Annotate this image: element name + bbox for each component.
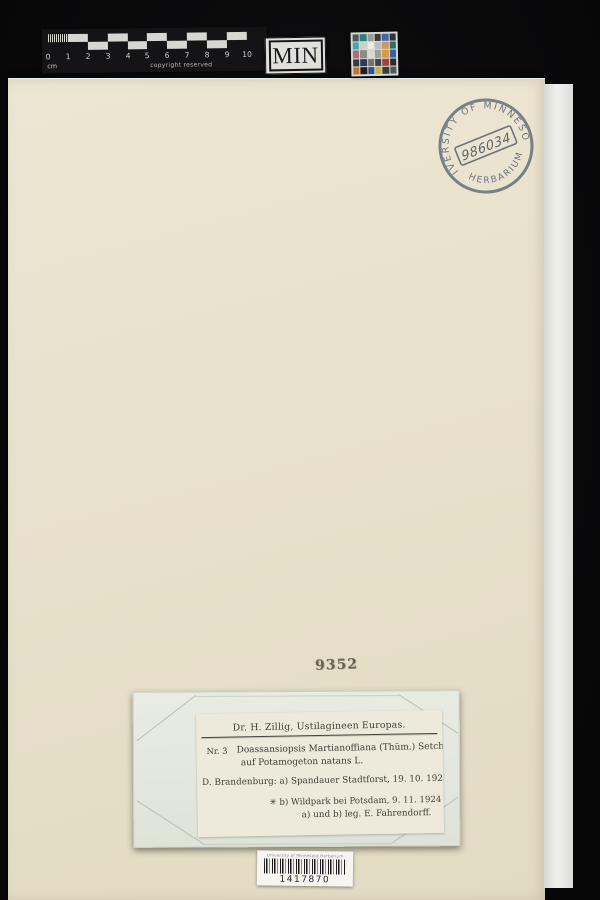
barcode-label: University of Minnesota Herbarium 141787… — [257, 850, 353, 886]
color-patch — [367, 42, 373, 49]
color-patch — [389, 34, 395, 41]
color-patch — [361, 67, 367, 74]
sheet-number-stamp: 9352 — [315, 656, 359, 673]
label-host-plant: auf Potamogeton natans L. — [241, 755, 443, 769]
color-patch — [375, 58, 381, 65]
color-patch — [389, 42, 395, 49]
label-number: Nr. 3 — [207, 745, 237, 756]
scale-number: 8 — [201, 50, 213, 59]
color-patch — [360, 34, 366, 41]
color-patch — [390, 58, 396, 65]
color-patch — [382, 42, 388, 49]
scale-number: 6 — [161, 51, 173, 60]
copyright-text: copyright reserved — [150, 61, 212, 69]
ruler-scale-bar: 0 1 2 3 4 5 6 7 8 9 10 cm copyright rese… — [42, 27, 268, 74]
color-patch — [375, 42, 381, 49]
color-patch — [367, 34, 373, 41]
color-patch — [390, 50, 396, 57]
barcode-number: 1417870 — [257, 874, 353, 885]
label-locality-b: ✳ b) Wildpark bei Potsdam, 9. 11. 1924 — [269, 795, 443, 808]
color-patch — [353, 59, 359, 66]
scale-blocks — [48, 32, 247, 50]
scale-number: 1 — [62, 52, 74, 61]
color-patch — [390, 66, 396, 73]
color-patch — [368, 59, 374, 66]
scale-number: 9 — [221, 50, 233, 59]
scale-number: 0 — [42, 52, 54, 61]
color-patch — [383, 66, 389, 73]
color-patch — [368, 50, 374, 57]
color-patch — [360, 42, 366, 49]
label-species-name: Doassansiopsis Martianoffiana (Thüm.) Se… — [236, 742, 444, 756]
label-divider — [201, 733, 437, 738]
scale-number: 2 — [82, 52, 94, 61]
color-patch — [375, 50, 381, 57]
color-patch — [353, 43, 359, 50]
institution-code-card: MIN — [265, 36, 327, 74]
color-patch — [360, 59, 366, 66]
color-patch — [375, 34, 381, 41]
color-patch — [353, 51, 359, 58]
institution-code-frame: MIN — [268, 40, 323, 72]
institution-code-label: MIN — [272, 44, 319, 68]
color-patch — [368, 67, 374, 74]
scale-number: 10 — [241, 50, 253, 59]
color-patch — [375, 67, 381, 74]
scale-number: 3 — [102, 51, 114, 60]
specimen-photo-background: 0 1 2 3 4 5 6 7 8 9 10 cm copyright rese… — [0, 0, 600, 900]
scale-number: 7 — [181, 51, 193, 60]
label-collector: a) und b) leg. E. Fahrendorff. — [302, 808, 444, 820]
paper-strip — [544, 84, 573, 888]
cm-unit-label: cm — [47, 62, 57, 70]
color-patch — [382, 50, 388, 57]
packet-label: Dr. H. Zillig, Ustilagineen Europas. Nr.… — [196, 710, 444, 837]
color-patch — [382, 58, 388, 65]
color-patch — [382, 34, 388, 41]
barcode-bars — [264, 858, 346, 874]
scale-number: 5 — [141, 51, 153, 60]
scale-number: 4 — [122, 51, 134, 60]
color-calibration-chart — [351, 32, 399, 77]
color-patch — [353, 34, 359, 41]
barcode-institution-text: University of Minnesota Herbarium — [257, 850, 353, 858]
label-series-header: Dr. H. Zillig, Ustilagineen Europas. — [196, 719, 442, 734]
color-patch — [360, 51, 366, 58]
label-locality-a: D. Brandenburg: a) Spandauer Stadtforst,… — [202, 774, 443, 788]
color-patch — [353, 67, 359, 74]
